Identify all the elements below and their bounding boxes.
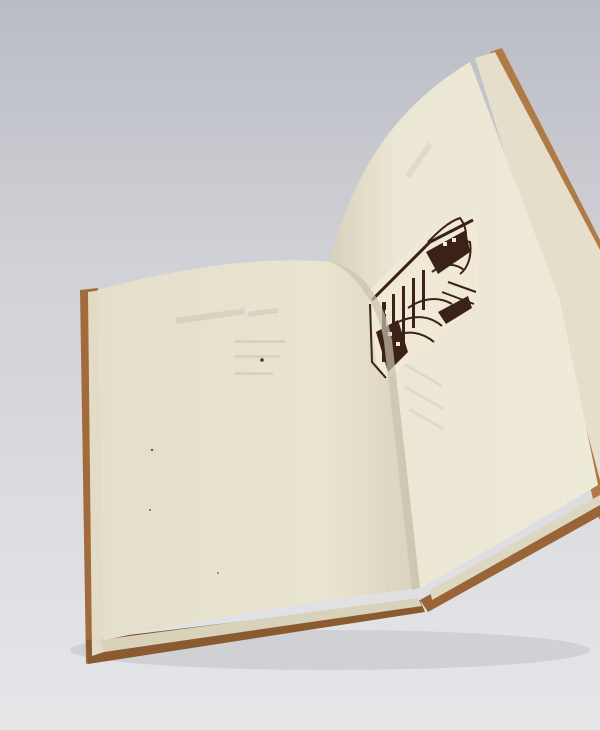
open-book: [0, 0, 600, 730]
photo-scene: Open antique book with deckle-edged hand…: [0, 0, 600, 730]
